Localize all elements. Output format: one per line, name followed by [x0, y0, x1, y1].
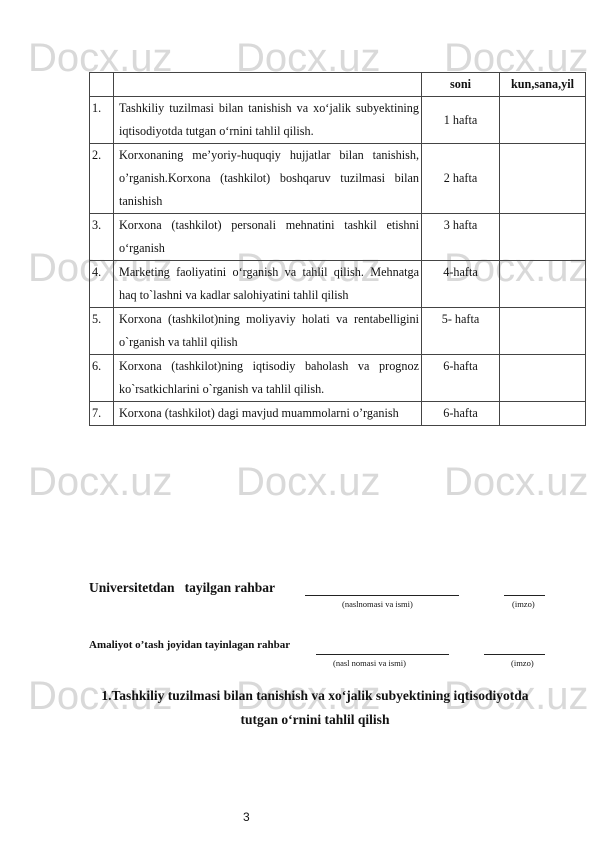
row-task: Tashkiliy tuzilmasi bilan tanishish va x… — [114, 97, 421, 143]
table-row: 3. Korxona (tashkilot) personali mehnati… — [90, 214, 586, 261]
table-header-row: soni kun,sana,yil — [90, 73, 586, 97]
row-date — [500, 144, 586, 214]
header-task — [114, 73, 422, 97]
row-number: 7. — [90, 402, 114, 426]
row-task: Korxona (tashkilot) personali mehnatini … — [114, 214, 421, 260]
practice-supervisor-sign-caption: (imzo) — [511, 658, 534, 668]
university-supervisor-name-line — [305, 595, 459, 596]
university-supervisor-sign-caption: (imzo) — [512, 599, 535, 609]
university-supervisor-sign-line — [504, 595, 545, 596]
page-number: 3 — [243, 810, 250, 824]
row-date — [500, 308, 586, 355]
table-row: 2. Korxonaning me’yoriy-huquqiy hujjatla… — [90, 144, 586, 214]
table-row: 5. Korxona (tashkilot)ning moliyaviy hol… — [90, 308, 586, 355]
row-number: 4. — [90, 261, 114, 308]
row-task: Korxona (tashkilot)ning moliyaviy holati… — [114, 308, 421, 354]
row-number: 2. — [90, 144, 114, 214]
practice-plan-table: soni kun,sana,yil 1. Tashkiliy tuzilmasi… — [89, 72, 586, 426]
section-heading-line2: tutgan o‘rnini tahlil qilish — [80, 708, 550, 732]
row-soni: 4-hafta — [422, 261, 500, 308]
row-date — [500, 355, 586, 402]
header-date: kun,sana,yil — [500, 73, 586, 97]
row-number: 1. — [90, 97, 114, 144]
header-number — [90, 73, 114, 97]
row-soni: 6-hafta — [422, 402, 500, 426]
row-task: Marketing faoliyatini o‘rganish va tahli… — [114, 261, 421, 307]
row-number: 3. — [90, 214, 114, 261]
table-row: 4. Marketing faoliyatini o‘rganish va ta… — [90, 261, 586, 308]
row-date — [500, 261, 586, 308]
practice-supervisor-name-line — [316, 654, 449, 655]
row-soni: 5- hafta — [422, 308, 500, 355]
row-number: 5. — [90, 308, 114, 355]
table-row: 7. Korxona (tashkilot) dagi mavjud muamm… — [90, 402, 586, 426]
practice-supervisor-name-caption: (nasl nomasi va ismi) — [333, 658, 406, 668]
table-row: 6. Korxona (tashkilot)ning iqtisodiy bah… — [90, 355, 586, 402]
header-soni: soni — [422, 73, 500, 97]
row-soni: 1 hafta — [422, 97, 500, 144]
row-date — [500, 214, 586, 261]
practice-supervisor-label: Amaliyot o’tash joyidan tayinlagan rahba… — [89, 639, 290, 651]
university-supervisor-label: Universitetdan tayilgan rahbar — [89, 580, 275, 596]
practice-supervisor-sign-line — [484, 654, 545, 655]
row-task: Korxona (tashkilot) dagi mavjud muammola… — [114, 402, 421, 425]
university-supervisor-name-caption: (naslnomasi va ismi) — [342, 599, 413, 609]
row-soni: 3 hafta — [422, 214, 500, 261]
row-date — [500, 97, 586, 144]
row-task: Korxona (tashkilot)ning iqtisodiy bahola… — [114, 355, 421, 401]
row-task: Korxonaning me’yoriy-huquqiy hujjatlar b… — [114, 144, 421, 213]
section-heading-line1: 1.Tashkiliy tuzilmasi bilan tanishish va… — [80, 684, 550, 708]
table-row: 1. Tashkiliy tuzilmasi bilan tanishish v… — [90, 97, 586, 144]
section-heading: 1.Tashkiliy tuzilmasi bilan tanishish va… — [80, 684, 550, 732]
row-soni: 6-hafta — [422, 355, 500, 402]
row-soni: 2 hafta — [422, 144, 500, 214]
row-date — [500, 402, 586, 426]
row-number: 6. — [90, 355, 114, 402]
document-page: soni kun,sana,yil 1. Tashkiliy tuzilmasi… — [0, 0, 595, 842]
